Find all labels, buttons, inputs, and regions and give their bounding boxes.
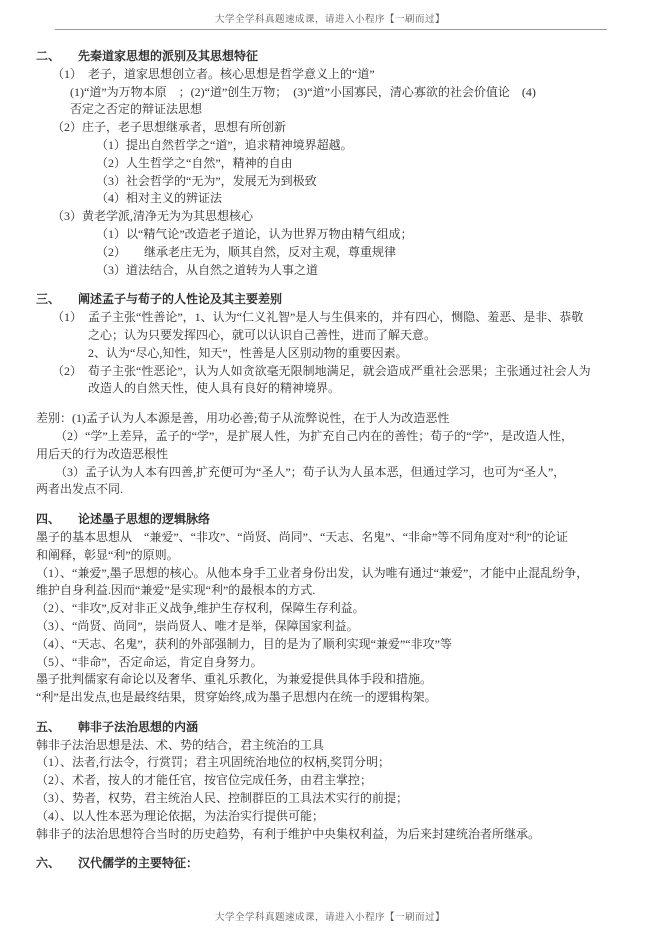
doc-line: （2）、“非攻”,反对非正义战争,维护生存权利，保障生存利益。 (0, 600, 660, 618)
doc-line: 韩非子法治思想是法、术、势的结合，君主统治的工具 (0, 737, 660, 755)
doc-line: 用后天的行为改造恶根性 (0, 446, 660, 464)
doc-line: 之心；认为只要发挥四心，就可以认识自己善性，进而了解天意。 (0, 327, 660, 345)
doc-line: 维护自身利益.因而“兼爱”是实现“利”的最根本的方式. (0, 582, 660, 600)
doc-line: (1)“道”为万物本原 ；(2)“道”创生万物； (3)“道”小国寡民，清心寡欲… (0, 84, 660, 102)
doc-line: （2） 继承老庄无为，顺其自然，反对主观，尊重规律 (0, 244, 660, 262)
doc-line: 两者出发点不同. (0, 481, 660, 499)
doc-line: （3）、“尚贤、尚同”，崇尚贤人、唯才是举，保障国家利益。 (0, 618, 660, 636)
doc-line: 墨子的基本思想从 “兼爱”、“非攻”、“尚贤、尚同”、“天志、名鬼”、“非命”等… (0, 529, 660, 547)
doc-line: （3）社会哲学的“无为”，发展无为到极致 (0, 173, 660, 191)
doc-line: 墨子批判儒家有命论以及奢华、重礼乐教化，为兼爱提供具体手段和措施。 (0, 671, 660, 689)
doc-line: （1） 老子，道家思想创立者。核心思想是哲学意义上的“道” (0, 66, 660, 84)
doc-line: 差别：(1)孟子认为人本源是善，用功必善;荀子从流弊说性，在于人为改造恶性 (0, 410, 660, 428)
doc-line: 和阐释，彰显“利”的原则。 (0, 547, 660, 565)
doc-line: （2）、术者，按人的才能任官，按官位完成任务，由君主掌控； (0, 772, 660, 790)
doc-line: （2） 荀子主张“性恶论”，认为人如贪欲毫无限制地满足，就会造成严重社会恶果；主… (0, 363, 660, 381)
doc-line: （3）孟子认为人本有四善,扩充便可为“圣人”；荀子认为人虽本恶，但通过学习，也可… (0, 464, 660, 482)
doc-line: （3）道法结合，从自然之道转为人事之道 (0, 262, 660, 280)
page-header-note: 大学全学科真题速成课，请进入小程序【一刷而过】 (0, 11, 660, 25)
document-page: 大学全学科真题速成课，请进入小程序【一刷而过】 二、 先秦道家思想的派别及其思想… (0, 0, 660, 934)
section-heading: 四、 论述墨子思想的逻辑脉络 (0, 511, 660, 529)
doc-line: （1） 孟子主张“性善论”，1、认为“仁义礼智”是人与生俱来的，并有四心，恻隐、… (0, 309, 660, 327)
section-heading: 三、 阐述孟子与荀子的人性论及其主要差别 (0, 291, 660, 309)
doc-line: 否定之否定的辩证法思想 (0, 101, 660, 119)
doc-line: （1）、法者,行法令，行赏罚；君主巩固统治地位的权柄,奖罚分明； (0, 754, 660, 772)
header-divider (55, 29, 607, 30)
document-body: 二、 先秦道家思想的派别及其思想特征（1） 老子，道家思想创立者。核心思想是哲学… (0, 48, 660, 873)
section-heading: 六、 汉代儒学的主要特征： (0, 855, 660, 873)
doc-line: “利”是出发点,也是最终结果，贯穿始终,成为墨子思想内在统一的逻辑构架。 (0, 689, 660, 707)
doc-line: （4）、以人性本恶为理论依据，为法治实行提供可能； (0, 808, 660, 826)
page-footer-note: 大学全学科真题速成课，请进入小程序【一刷而过】 (0, 909, 660, 923)
doc-line: （1）以“精气论”改造老子道论，认为世界万物由精气组成； (0, 226, 660, 244)
doc-line: 改造人的自然天性，使人具有良好的精神境界。 (0, 380, 660, 398)
doc-line: （2）庄子，老子思想继承者，思想有所创新 (0, 119, 660, 137)
doc-line: （1）、“兼爱”,墨子思想的核心。从他本身手工业者身份出发，认为唯有通过“兼爱”… (0, 565, 660, 583)
doc-line: （4）相对主义的辨证法 (0, 190, 660, 208)
doc-line: （4）、“天志、名鬼”，获利的外部强制力，目的是为了顺利实现“兼爱”“非攻”等 (0, 636, 660, 654)
doc-line: （1）提出自然哲学之“道”，追求精神境界超越。 (0, 137, 660, 155)
doc-line: （3）、势者，权势，君主统治人民、控制群臣的工具法术实行的前提； (0, 790, 660, 808)
doc-line: （3）黄老学派,清净无为为其思想核心 (0, 208, 660, 226)
doc-line: 2、认为“尽心,知性，知天”，性善是人区别动物的重要因素。 (0, 345, 660, 363)
section-heading: 二、 先秦道家思想的派别及其思想特征 (0, 48, 660, 66)
section-heading: 五、 韩非子法治思想的内涵 (0, 719, 660, 737)
doc-line: 韩非子的法治思想符合当时的历史趋势，有利于维护中央集权利益，为后来封建统治者所继… (0, 826, 660, 844)
doc-line: （2）“学”上差异，孟子的“学”，是扩展人性，为扩充自己内在的善性；荀子的“学”… (0, 428, 660, 446)
doc-line: （2）人生哲学之“自然”，精神的自由 (0, 155, 660, 173)
doc-line: （5）、“非命”，否定命运，肯定自身努力。 (0, 654, 660, 672)
